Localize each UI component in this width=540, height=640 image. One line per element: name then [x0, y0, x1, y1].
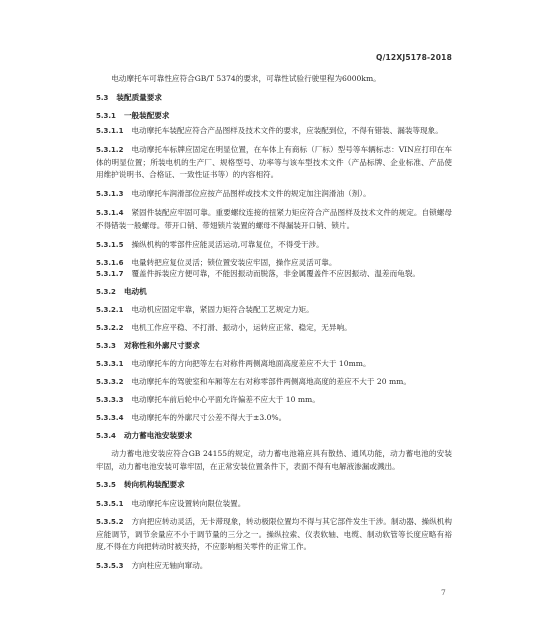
clause-5-3-1-3: 5.3.1.3电动摩托车润滑部位应按产品图样或技术文件的规定加注润滑油（剂）。 [96, 188, 452, 201]
clause-5-3-1-1: 5.3.1.1电动摩托车装配应符合产品图样及技术文件的要求，应装配到位，不得有错… [96, 125, 452, 138]
clause-5-3-2-2: 5.3.2.2电机工作应平稳、不打滑、振动小，运转应正常、稳定，无异响。 [96, 322, 452, 335]
clause-5-3-1-4: 5.3.1.4紧固件装配应牢固可靠。重要螺纹连接的扭紧力矩应符合产品图样及技术文… [96, 207, 452, 232]
heading-5-3-3: 5.3.3对称性和外廓尺寸要求 [96, 340, 452, 353]
battery-paragraph: 动力蓄电池安装应符合GB 24155的规定，动力蓄电池箱应具有散热、通风功能，动… [96, 448, 452, 473]
clause-5-3-1-7: 5.3.1.7覆盖件拆装应方便可靠，不能因振动而脱落，非金属覆盖件不应因振动、温… [96, 268, 452, 281]
clause-5-3-2-1: 5.3.2.1电动机应固定牢靠，紧固力矩符合装配工艺规定力矩。 [96, 304, 452, 317]
heading-5-3-2: 5.3.2电动机 [96, 286, 452, 299]
clause-5-3-3-3: 5.3.3.3电动摩托车前后轮中心平面允许偏差不应大于 10 mm。 [96, 394, 452, 407]
clause-5-3-5-1: 5.3.5.1电动摩托车应设置转向限位装置。 [96, 498, 452, 511]
document-code: Q/12XJ5178-2018 [376, 53, 452, 62]
clause-5-3-3-2: 5.3.3.2电动摩托车的驾驶室和车厢等左右对称零部件两侧离地高度的差应不大于 … [96, 376, 452, 389]
heading-5-3-5: 5.3.5转向机构装配要求 [96, 479, 452, 492]
clause-5-3-5-2: 5.3.5.2方向把应转动灵活，无卡滞现象，转动极限位置均不得与其它部件发生干涉… [96, 516, 452, 554]
intro-paragraph: 电动摩托车可靠性应符合GB/T 5374的要求，可靠性试验行驶里程为6000km… [96, 73, 452, 86]
clause-5-3-1-5: 5.3.1.5操纵机构的零部件应能灵活运动,可靠复位，不得受干涉。 [96, 239, 452, 252]
page-number: 7 [441, 588, 446, 597]
heading-5-3: 5.3装配质量要求 [96, 92, 452, 105]
clause-5-3-1-2: 5.3.1.2电动摩托车标牌应固定在明显位置，在车体上有商标（厂标）型号等车辆标… [96, 144, 452, 182]
clause-5-3-3-1: 5.3.3.1电动摩托车的方向把等左右对称件两侧离地面高度差应不大于 10mm。 [96, 358, 452, 371]
heading-5-3-4: 5.3.4动力蓄电池安装要求 [96, 430, 452, 443]
clause-5-3-3-4: 5.3.3.4电动摩托车的外廓尺寸公差不得大于±3.0%。 [96, 412, 452, 425]
clause-5-3-5-3: 5.3.5.3方向柱应无轴向窜动。 [96, 560, 452, 573]
heading-5-3-1: 5.3.1一般装配要求 [96, 110, 452, 123]
